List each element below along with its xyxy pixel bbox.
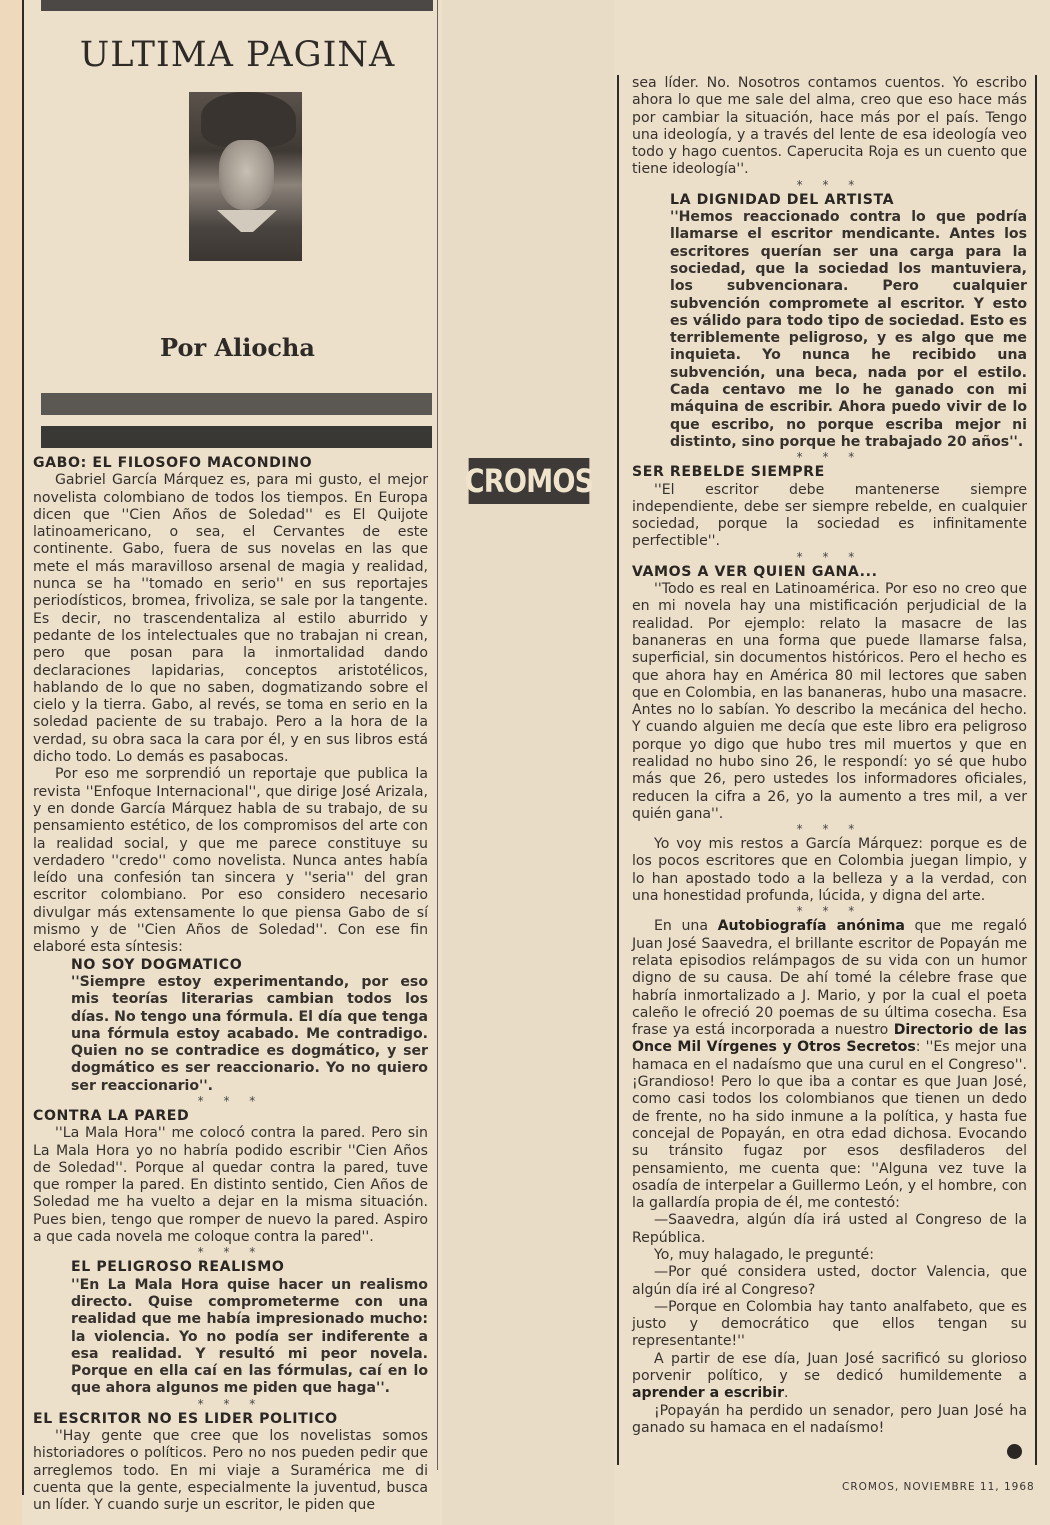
interview-quote-block: NO SOY DOGMATICO''Siempre estoy experime… <box>71 957 428 1095</box>
interview-quote-block: EL PELIGROSO REALISMO''En La Mala Hora q… <box>71 1259 428 1397</box>
end-of-article-bullet <box>1007 1444 1022 1459</box>
section-separator: * * * <box>33 1246 428 1259</box>
photo-hair <box>201 92 296 147</box>
text-run: En una <box>654 918 718 934</box>
left-column-divider <box>437 0 438 1470</box>
section-heading: CONTRA LA PARED <box>33 1108 428 1125</box>
section-separator: * * * <box>33 1095 428 1108</box>
quote-heading: LA DIGNIDAD DEL ARTISTA <box>670 192 1027 209</box>
center-gutter <box>442 0 614 1525</box>
article-paragraph: En una Autobiografía anónima que me rega… <box>632 918 1027 1212</box>
quote-text: ''Siempre estoy experimentando, por eso … <box>71 974 428 1095</box>
article-paragraph: ¡Popayán ha perdido un senador, pero Jua… <box>632 1403 1027 1438</box>
interview-quote-block: LA DIGNIDAD DEL ARTISTA''Hemos reacciona… <box>670 192 1027 451</box>
bold-phrase: Autobiografía anónima <box>718 918 905 934</box>
quote-text: ''Hemos reaccionado contra lo que podría… <box>670 209 1027 451</box>
right-column-right-border <box>1035 75 1037 1465</box>
section-separator: * * * <box>33 1398 428 1411</box>
article-paragraph: ''Todo es real en Latinoamérica. Por eso… <box>632 581 1027 823</box>
article-paragraph: Por eso me sorprendió un reportaje que p… <box>33 766 428 956</box>
article-paragraph: sea líder. No. Nosotros contamos cuentos… <box>632 75 1027 179</box>
photo-collar <box>217 210 277 232</box>
section-separator: * * * <box>632 451 1027 464</box>
article-paragraph: A partir de ese día, Juan José sacrificó… <box>632 1351 1027 1403</box>
section-heading: GABO: EL FILOSOFO MACONDINO <box>33 455 428 472</box>
section-heading: SER REBELDE SIEMPRE <box>632 464 1027 481</box>
author-photo <box>189 92 302 261</box>
top-rule <box>41 0 433 11</box>
right-article-column: sea líder. No. Nosotros contamos cuentos… <box>632 75 1027 1437</box>
text-run: . <box>784 1385 788 1401</box>
section-heading: EL ESCRITOR NO ES LIDER POLITICO <box>33 1411 428 1428</box>
quote-text: ''En La Mala Hora quise hacer un realism… <box>71 1277 428 1398</box>
article-paragraph: ''El escritor debe mantenerse siempre in… <box>632 482 1027 551</box>
article-paragraph: —Porque en Colombia hay tanto analfabeto… <box>632 1299 1027 1351</box>
article-paragraph: ''La Mala Hora'' me colocó contra la par… <box>33 1125 428 1246</box>
right-column-left-border <box>617 75 619 1465</box>
header-rule-lower <box>41 426 432 448</box>
text-run: A partir de ese día, Juan José sacrificó… <box>632 1351 1027 1384</box>
section-separator: * * * <box>632 905 1027 918</box>
quote-heading: EL PELIGROSO REALISMO <box>71 1259 428 1276</box>
quote-heading: NO SOY DOGMATICO <box>71 957 428 974</box>
section-separator: * * * <box>632 179 1027 192</box>
left-border-line <box>22 0 24 1495</box>
issue-footer: CROMOS, NOVIEMBRE 11, 1968 <box>842 1481 1035 1493</box>
section-separator: * * * <box>632 823 1027 836</box>
article-paragraph: Yo voy mis restos a García Márquez: porq… <box>632 836 1027 905</box>
article-paragraph: —Saavedra, algún día irá usted al Congre… <box>632 1212 1027 1247</box>
article-paragraph: —Por qué considera usted, doctor Valenci… <box>632 1264 1027 1299</box>
photo-face <box>219 140 274 210</box>
text-run: que me regaló Juan José Saavedra, el bri… <box>632 918 1027 1038</box>
bold-phrase: aprender a escribir <box>632 1385 784 1401</box>
cromos-logo: CROMOS <box>469 458 590 504</box>
text-run: : ''Es mejor una hamaca en el nadaísmo q… <box>632 1039 1027 1211</box>
article-paragraph: Yo, muy halagado, le pregunté: <box>632 1247 1027 1264</box>
article-paragraph: ''Hay gente que cree que los novelistas … <box>33 1428 428 1514</box>
header-rule-upper <box>41 393 432 415</box>
byline: Por Aliocha <box>40 333 435 362</box>
article-paragraph: Gabriel García Márquez es, para mi gusto… <box>33 472 428 766</box>
page-title: ULTIMA PAGINA <box>40 35 435 75</box>
section-heading: VAMOS A VER QUIEN GANA... <box>632 564 1027 581</box>
section-separator: * * * <box>632 551 1027 564</box>
left-article-column: GABO: EL FILOSOFO MACONDINOGabriel Garcí… <box>33 455 428 1515</box>
